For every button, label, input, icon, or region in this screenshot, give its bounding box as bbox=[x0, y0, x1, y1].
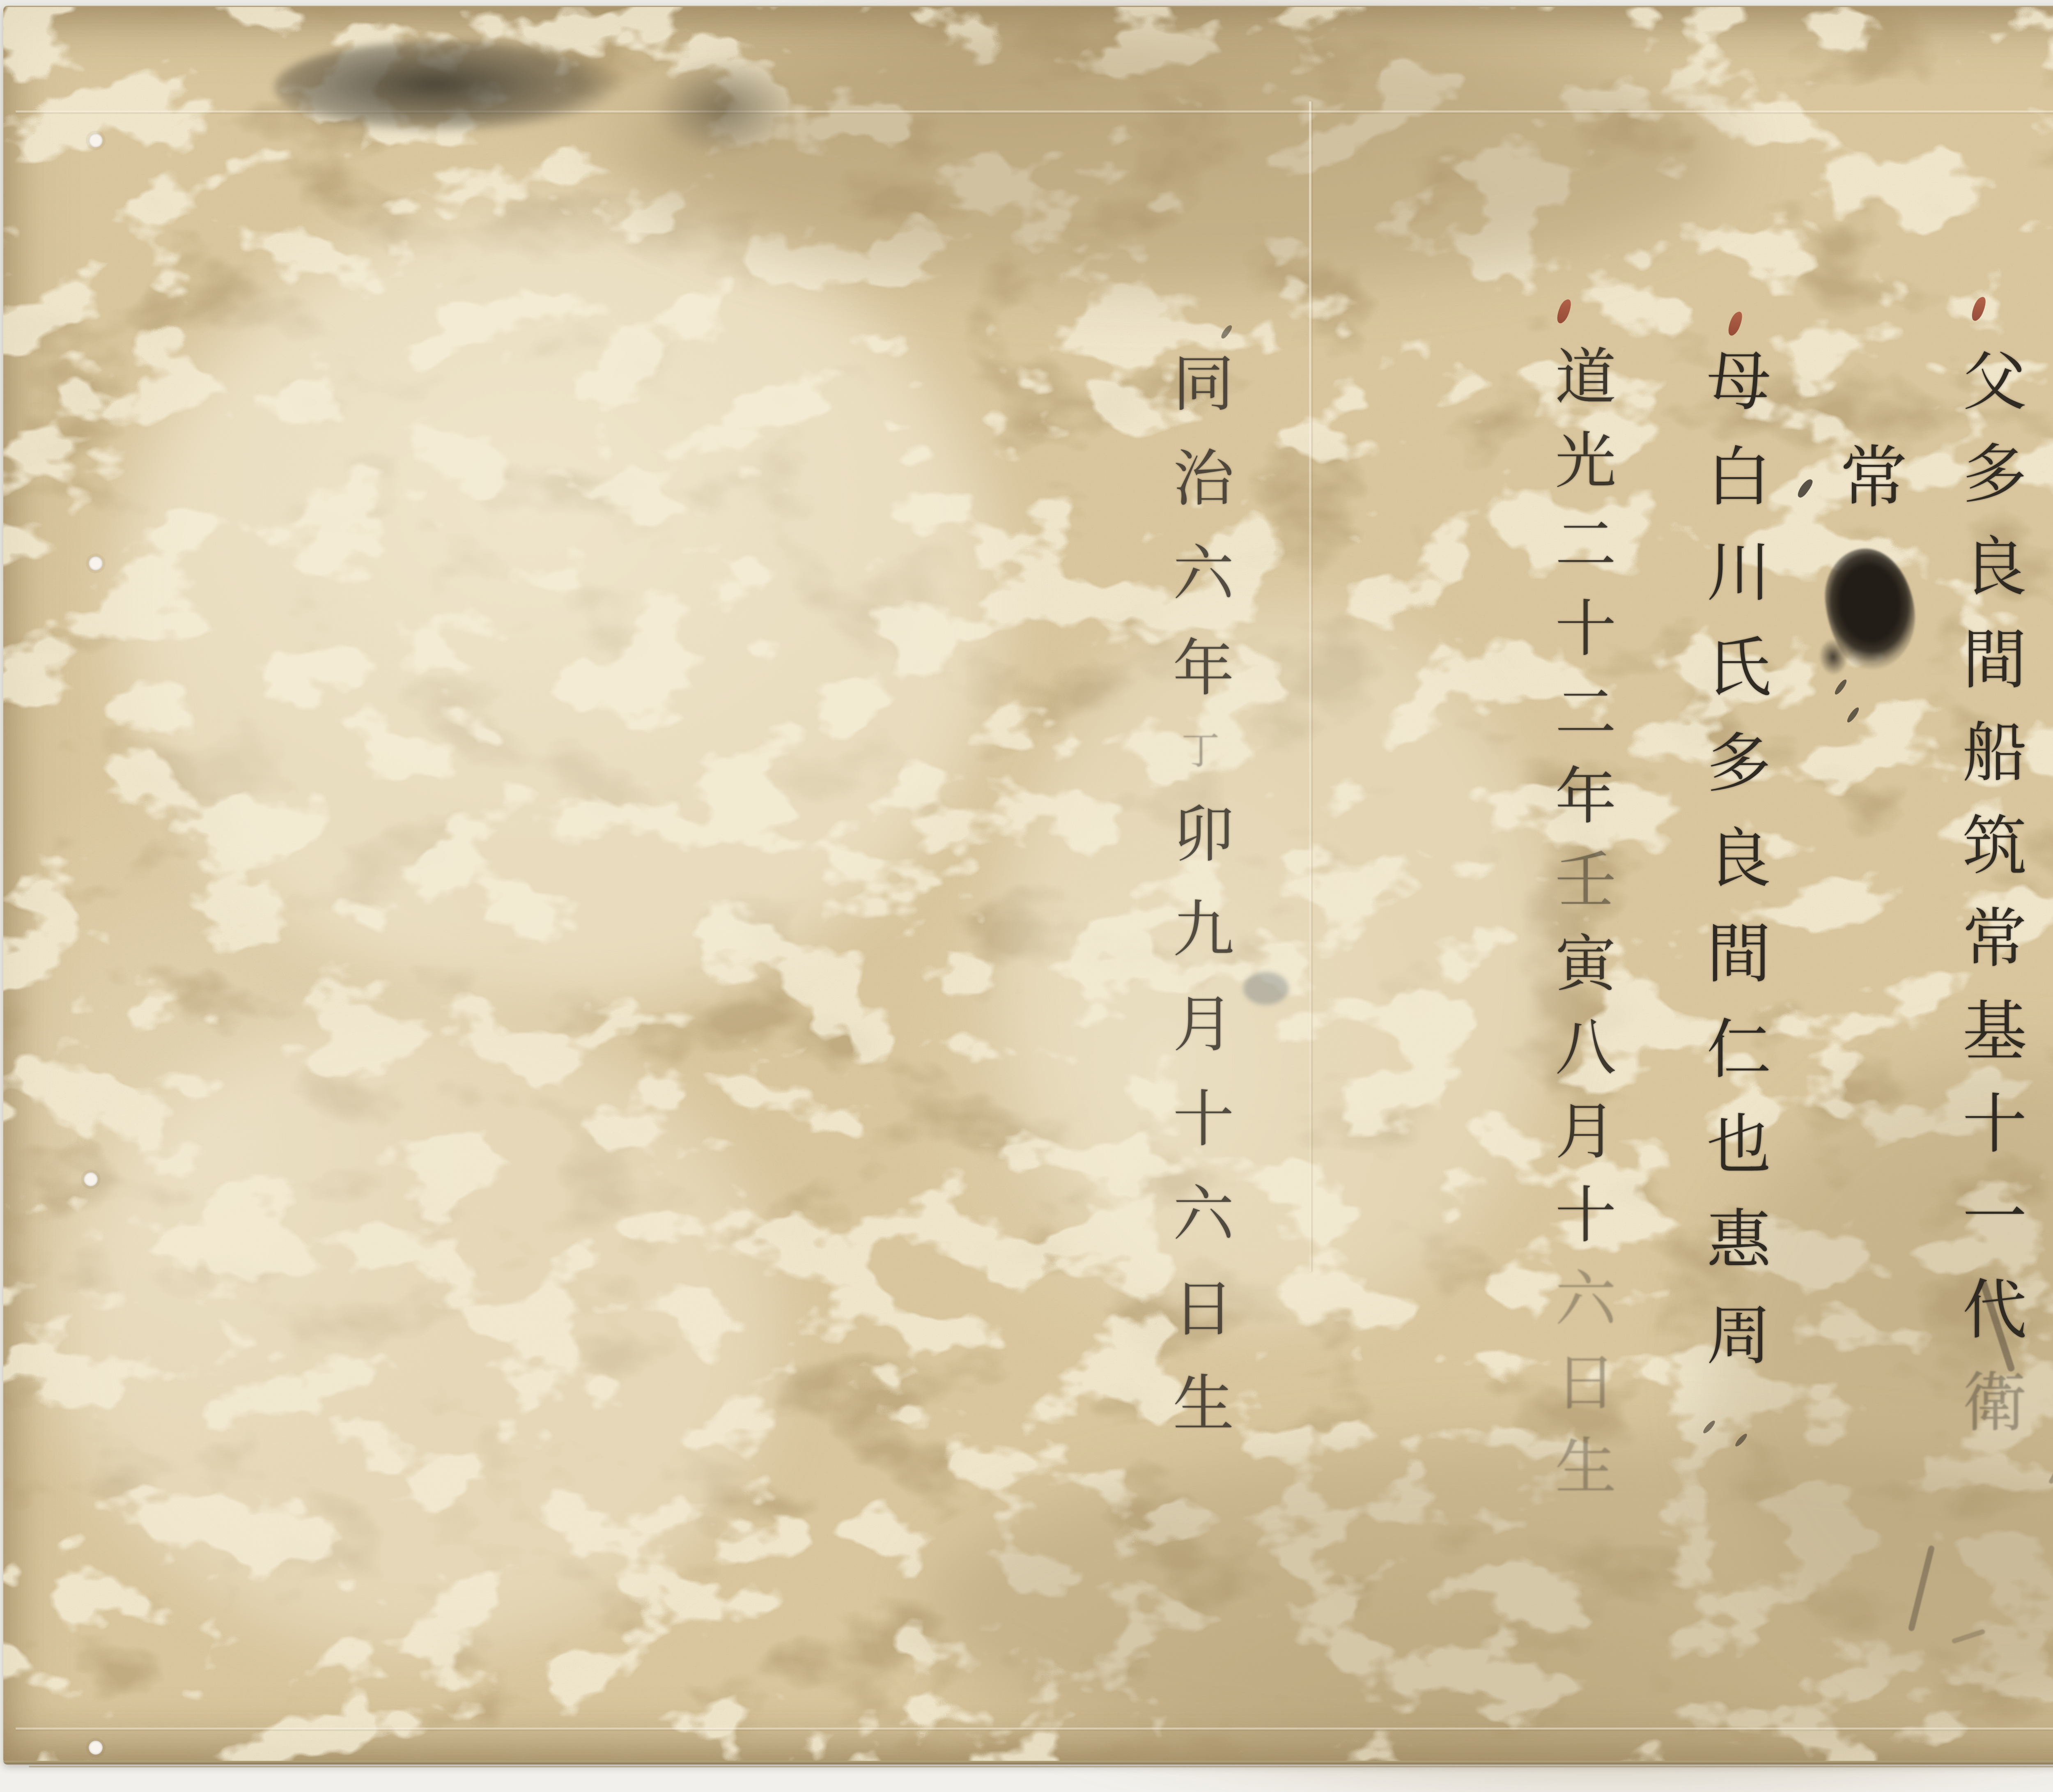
red-tick-mark bbox=[1554, 297, 1574, 325]
ink-blot bbox=[1820, 544, 1920, 675]
repeat-mark bbox=[1845, 706, 1860, 724]
child-birth-era: 同治六年 bbox=[1162, 351, 1233, 731]
scanned-page-background: 常康 童名松 父多良間船筑常基十一代衛 常 母白川氏多良間仁也惠周 道光二十二年… bbox=[0, 0, 2053, 1792]
stray-stroke bbox=[1951, 1629, 1986, 1644]
text-column-father-birthdate: 道光二十二年壬寅八月十六日生 bbox=[1536, 345, 1624, 1518]
father-text: 父多良間船筑常基十一代 bbox=[1951, 347, 2026, 1368]
red-tick-mark bbox=[1969, 295, 1989, 322]
red-tick-mark bbox=[1725, 310, 1745, 337]
black-tick-mark bbox=[1220, 324, 1233, 340]
black-tick-mark bbox=[1796, 477, 1814, 499]
manuscript-page: 常康 童名松 父多良間船筑常基十一代衛 常 母白川氏多良間仁也惠周 道光二十二年… bbox=[3, 6, 2053, 1764]
binding-hole bbox=[89, 133, 103, 147]
father-birth-era: 道光二十二年 bbox=[1545, 345, 1616, 848]
crossed-out-text: 常 bbox=[1829, 441, 1908, 509]
paper-edge-line bbox=[29, 1766, 2053, 1767]
father-birth-cyclic: 壬 bbox=[1545, 848, 1616, 931]
water-stain-light bbox=[1001, 602, 1555, 1321]
father-birth-date: 寅八月十 bbox=[1545, 931, 1616, 1267]
ink-smudge-top-edge-secondary bbox=[636, 60, 808, 196]
child-birth-date: 卯九月十六日生 bbox=[1162, 802, 1233, 1466]
trailing-mark bbox=[1734, 1432, 1748, 1448]
stray-stroke bbox=[1908, 1545, 1935, 1631]
binding-hole bbox=[84, 1172, 98, 1186]
binding-hole bbox=[89, 556, 103, 570]
mother-text: 母白川氏多良間仁也惠周 bbox=[1695, 347, 1771, 1397]
water-stain-dark bbox=[927, 1436, 2053, 1777]
horizontal-crease-bottom bbox=[16, 1728, 2053, 1730]
water-stain-light bbox=[118, 204, 1001, 1005]
trailing-mark bbox=[1702, 1419, 1716, 1435]
ink-smudge-top-edge bbox=[274, 40, 677, 138]
stray-stroke bbox=[2048, 1467, 2053, 1484]
repeat-mark bbox=[1833, 678, 1848, 696]
text-column-child-birthdate: 同治六年丁卯九月十六日生 bbox=[1154, 351, 1242, 1466]
text-column-crossed-out: 常 bbox=[1820, 441, 1917, 509]
text-column-mother: 母白川氏多良間仁也惠周 bbox=[1686, 347, 1779, 1397]
father-text-faded: 衛 bbox=[1951, 1368, 2026, 1461]
gray-smudge bbox=[1243, 972, 1288, 1005]
father-birth-date-faded: 六日生 bbox=[1545, 1266, 1616, 1518]
vertical-fold-crease bbox=[1309, 101, 1311, 1272]
binding-hole bbox=[89, 1741, 103, 1755]
water-stain-light bbox=[61, 1013, 779, 1650]
child-birth-cyclic: 丁 bbox=[1176, 731, 1220, 802]
